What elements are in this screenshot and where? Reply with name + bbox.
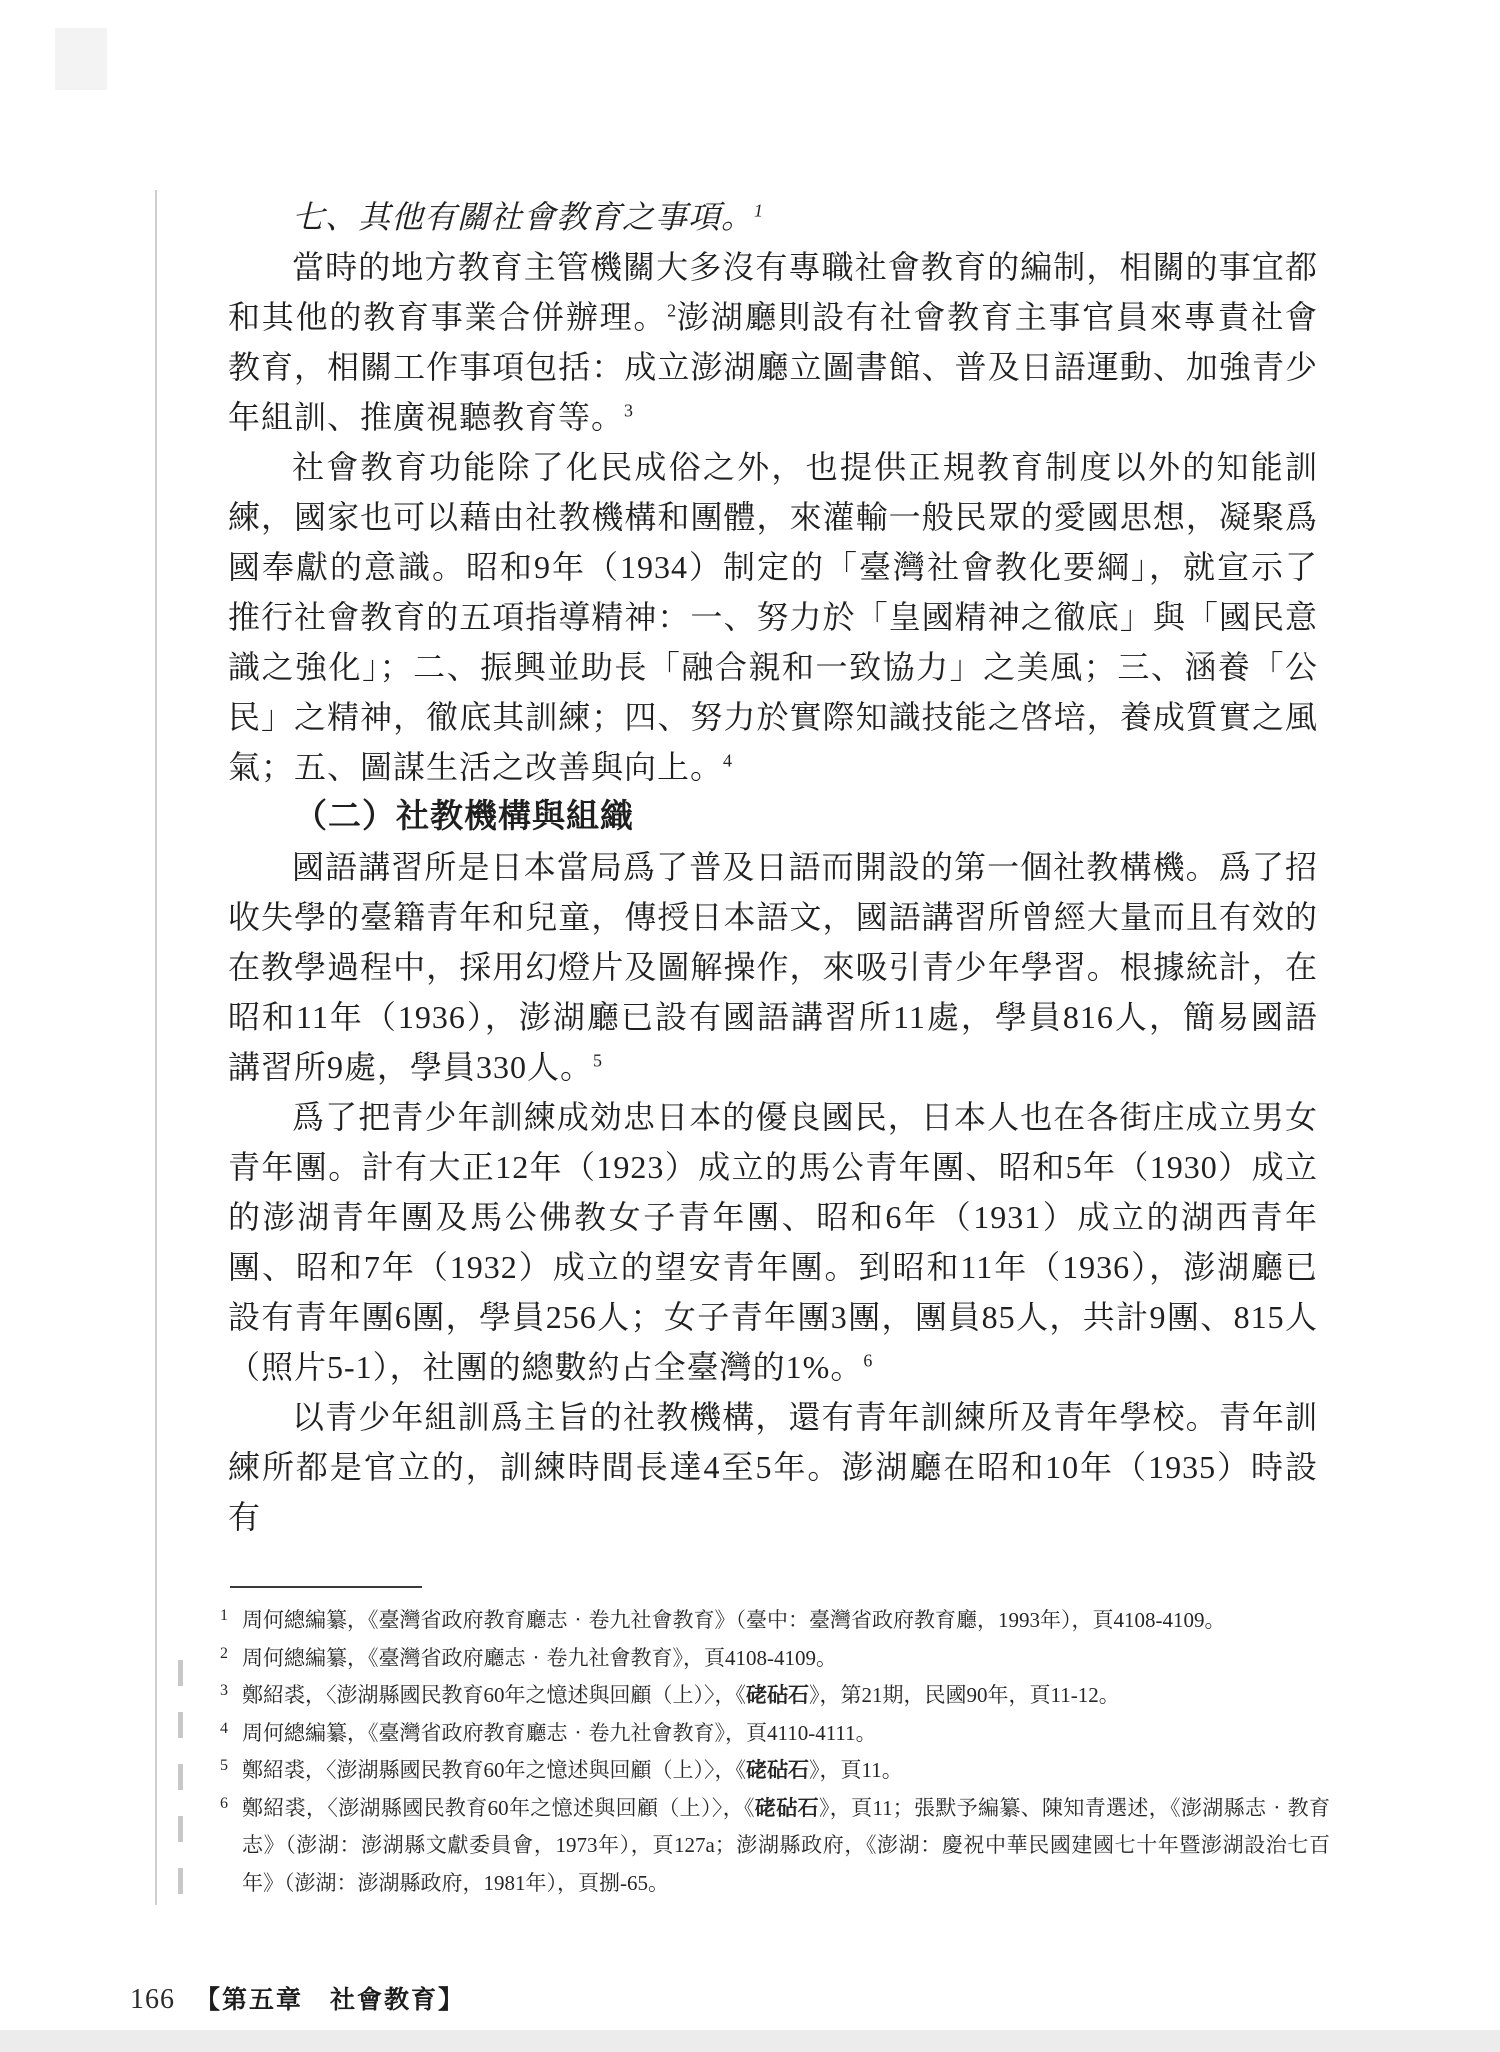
footnote-3: 3 鄭紹裘，〈澎湖縣國民教育60年之憶述與回顧（上）〉，《硓砧石》，第21期，民… [220,1677,1330,1715]
main-text-block: 七、其他有關社會教育之事項。1 當時的地方教育主管機關大多沒有專職社會教育的編制… [228,192,1318,1542]
footnote-ref-3: 3 [624,400,633,420]
footnote-6-journal-title: 硓砧石 [755,1797,819,1820]
footnote-2: 2 周何總編纂，《臺灣省政府廳志‧卷九社會教育》，頁4108-4109。 [220,1640,1330,1678]
subsection-heading: （二）社教機構與組織 [228,792,1318,842]
paragraph-2-text: 社會教育功能除了化民成俗之外，也提供正規教育制度以外的知能訓練，國家也可以藉由社… [228,449,1318,785]
page-number: 166 [130,1984,175,2015]
footnote-separator [230,1586,422,1588]
footnote-4-text: 周何總編纂，《臺灣省政府教育廳志‧卷九社會教育》，頁4110-4111。 [242,1715,1330,1753]
footnote-4-number: 4 [220,1710,242,1748]
footnote-1-text: 周何總編纂，《臺灣省政府教育廳志‧卷九社會教育》（臺中：臺灣省政府教育廳，199… [242,1602,1330,1640]
footnote-1-number: 1 [220,1597,242,1635]
scan-gutter-line [155,190,157,1905]
footnote-ref-2: 2 [667,300,676,320]
footnote-ref-5: 5 [593,1050,602,1070]
footnote-5-post: 》，頁11。 [809,1758,903,1782]
footnote-6: 6 鄭紹裘，〈澎湖縣國民教育60年之憶述與回顧（上）〉，《硓砧石》，頁11；張默… [220,1790,1330,1903]
footnote-5: 5 鄭紹裘，〈澎湖縣國民教育60年之憶述與回顧（上）〉，《硓砧石》，頁11。 [220,1752,1330,1790]
footnote-2-text: 周何總編纂，《臺灣省政府廳志‧卷九社會教育》，頁4108-4109。 [242,1640,1330,1678]
footnote-3-post: 》，第21期，民國90年，頁11-12。 [809,1683,1120,1707]
paragraph-3-text: 國語講習所是日本當局爲了普及日語而開設的第一個社教構機。爲了招收失學的臺籍青年和… [228,849,1318,1085]
footnote-3-journal-title: 硓砧石 [746,1684,809,1707]
paragraph-3: 國語講習所是日本當局爲了普及日語而開設的第一個社教構機。爲了招收失學的臺籍青年和… [228,842,1318,1092]
paragraph-4: 爲了把青少年訓練成効忠日本的優良國民，日本人也在各街庄成立男女青年團。計有大正1… [228,1092,1318,1392]
footnote-2-number: 2 [220,1635,242,1673]
footnote-ref-6: 6 [863,1350,872,1370]
scanned-book-page: 七、其他有關社會教育之事項。1 當時的地方教育主管機關大多沒有專職社會教育的編制… [0,0,1500,2052]
footnote-3-number: 3 [220,1672,242,1710]
footnote-ref-4: 4 [723,750,732,770]
page-footer: 166【第五章 社會教育】 [130,1980,465,2016]
footnote-6-number: 6 [220,1785,242,1898]
paragraph-1: 當時的地方教育主管機關大多沒有專職社會教育的編制，相關的事宜都和其他的教育事業合… [228,242,1318,442]
scan-artifact-block [55,28,107,90]
footnote-4: 4 周何總編纂，《臺灣省政府教育廳志‧卷九社會教育》，頁4110-4111。 [220,1715,1330,1753]
footnote-5-journal-title: 硓砧石 [746,1759,809,1782]
footnotes-block: 1 周何總編纂，《臺灣省政府教育廳志‧卷九社會教育》（臺中：臺灣省政府教育廳，1… [220,1602,1330,1902]
chapter-label: 【第五章 社會教育】 [195,1987,465,2014]
footnote-5-number: 5 [220,1747,242,1785]
footnote-6-text: 鄭紹裘，〈澎湖縣國民教育60年之憶述與回顧（上）〉，《硓砧石》，頁11；張默予編… [242,1790,1330,1903]
paragraph-5: 以青少年組訓爲主旨的社教機構，還有青年訓練所及青年學校。青年訓練所都是官立的，訓… [228,1392,1318,1542]
footnote-5-text: 鄭紹裘，〈澎湖縣國民教育60年之憶述與回顧（上）〉，《硓砧石》，頁11。 [242,1752,1330,1790]
section-heading-text: 七、其他有關社會教育之事項。 [292,199,754,235]
footnote-1: 1 周何總編纂，《臺灣省政府教育廳志‧卷九社會教育》（臺中：臺灣省政府教育廳，1… [220,1602,1330,1640]
footnote-3-text: 鄭紹裘，〈澎湖縣國民教育60年之憶述與回顧（上）〉，《硓砧石》，第21期，民國9… [242,1677,1330,1715]
footnote-3-pre: 鄭紹裘，〈澎湖縣國民教育60年之憶述與回顧（上）〉，《 [242,1683,746,1707]
section-heading: 七、其他有關社會教育之事項。1 [228,192,1318,242]
scan-bottom-strip [0,2030,1500,2052]
footnote-6-pre: 鄭紹裘，〈澎湖縣國民教育60年之憶述與回顧（上）〉，《 [242,1796,755,1820]
paragraph-4-text: 爲了把青少年訓練成効忠日本的優良國民，日本人也在各街庄成立男女青年團。計有大正1… [228,1099,1318,1385]
footnote-5-pre: 鄭紹裘，〈澎湖縣國民教育60年之憶述與回顧（上）〉，《 [242,1758,746,1782]
paragraph-2: 社會教育功能除了化民成俗之外，也提供正規教育制度以外的知能訓練，國家也可以藉由社… [228,442,1318,792]
footnote-ref-1: 1 [754,200,763,220]
scan-gutter-shadow [178,1660,183,1905]
paragraph-5-text: 以青少年組訓爲主旨的社教機構，還有青年訓練所及青年學校。青年訓練所都是官立的，訓… [228,1399,1318,1535]
